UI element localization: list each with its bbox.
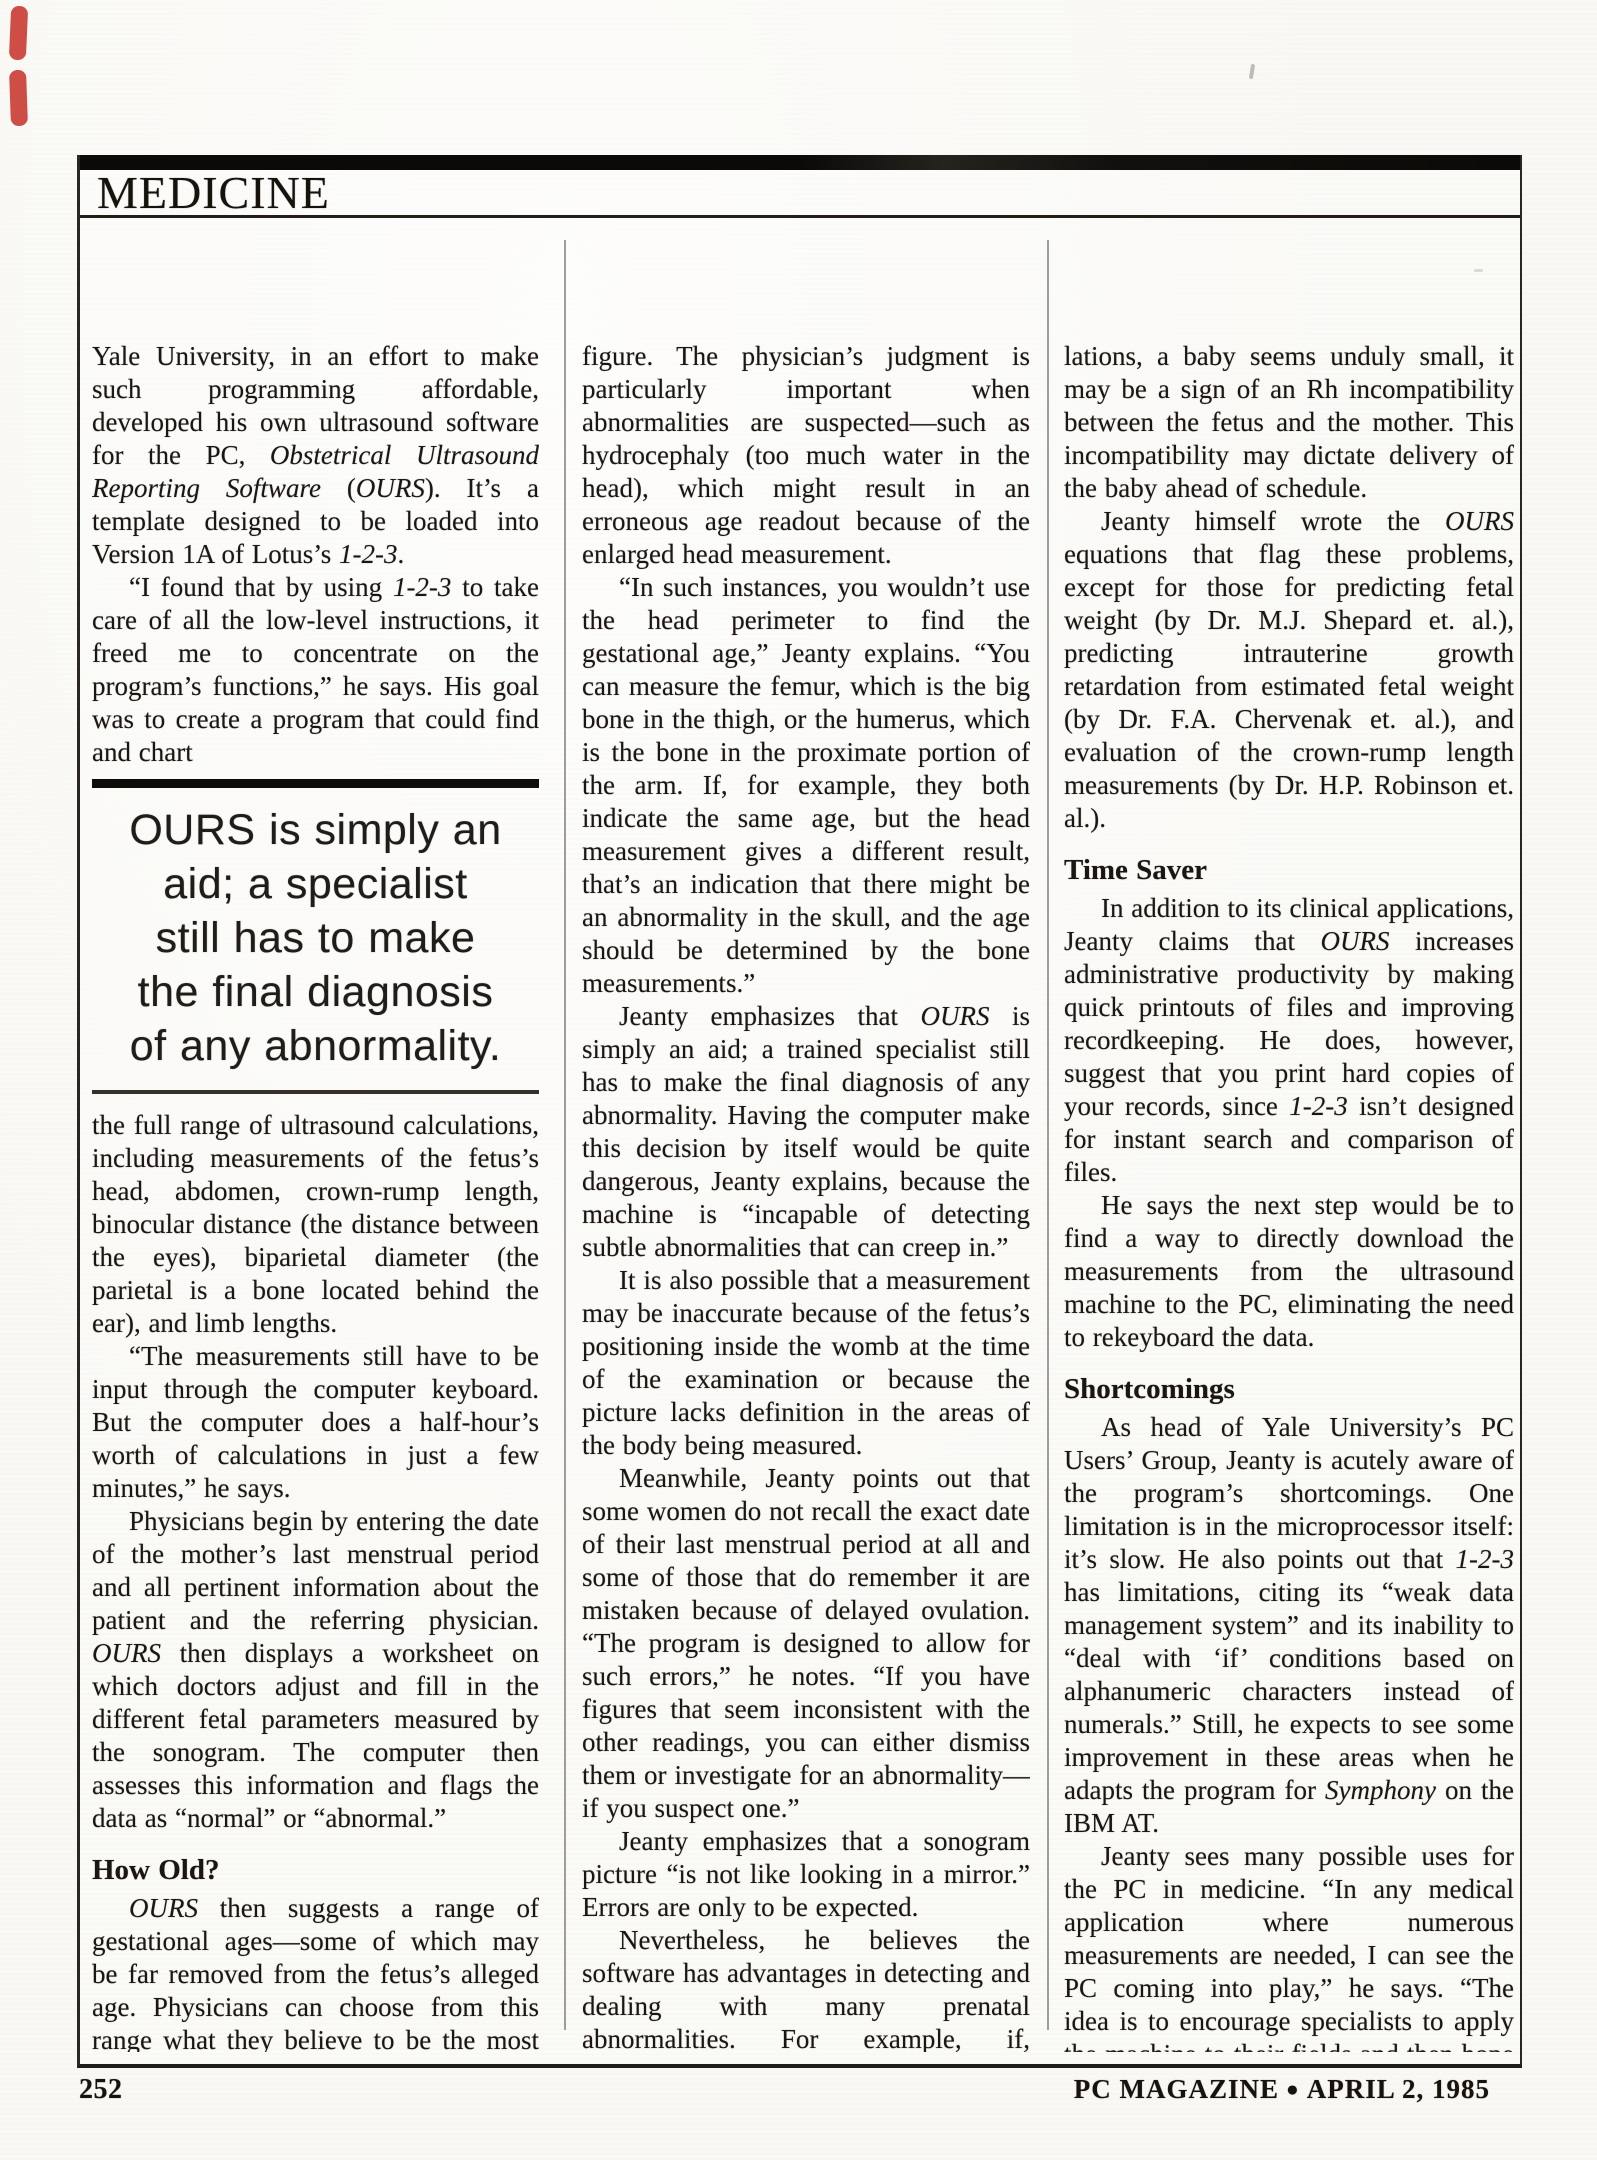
body-text: Nevertheless, he believes the software h… xyxy=(582,1925,1030,2052)
italic-text: OURS xyxy=(920,1001,989,1031)
paragraph: Meanwhile, Jeanty points out that some w… xyxy=(582,1462,1030,1825)
italic-text: OURS xyxy=(1445,506,1514,536)
red-pen-mark xyxy=(9,70,28,127)
body-text: has limitations, citing its “weak data m… xyxy=(1064,1577,1514,1805)
italic-text: OURS xyxy=(129,1893,198,1923)
italic-text: OURS xyxy=(356,473,425,503)
body-text: Jeanty emphasizes that xyxy=(619,1001,920,1031)
paragraph: Jeanty sees many possible uses for the P… xyxy=(1064,1840,1514,2052)
italic-text: 1-2-3 xyxy=(1289,1091,1347,1121)
italic-text: Symphony xyxy=(1325,1775,1436,1805)
italic-text: OURS xyxy=(92,1638,161,1668)
paragraph: figure. The physician’s judgment is part… xyxy=(582,340,1030,571)
body-text: “The measurements still have to be input… xyxy=(92,1341,539,1503)
column-rule xyxy=(564,240,566,2030)
body-text: . xyxy=(397,539,404,569)
body-text: ( xyxy=(321,473,356,503)
paragraph: As head of Yale University’s PC Users’ G… xyxy=(1064,1411,1514,1840)
article-column-left: Yale University, in an effort to make su… xyxy=(92,340,539,2052)
paragraph: He says the next step would be to find a… xyxy=(1064,1189,1514,1354)
page-number: 252 xyxy=(79,2074,123,2106)
section-heading: Shortcomings xyxy=(1064,1372,1514,1406)
footer-bullet-icon: ● xyxy=(1286,2077,1300,2101)
section-heading: How Old? xyxy=(92,1853,539,1887)
body-text: Physicians begin by entering the date of… xyxy=(92,1506,539,1635)
pull-quote: OURS is simply anaid; a specialiststill … xyxy=(92,779,539,1094)
paragraph: Nevertheless, he believes the software h… xyxy=(582,1924,1030,2052)
column-rule xyxy=(1047,240,1049,2030)
body-text: “I found that by using xyxy=(129,572,393,602)
body-text: As head of Yale University’s PC Users’ G… xyxy=(1064,1412,1514,1574)
body-text: figure. The physician’s judgment is part… xyxy=(582,341,1030,569)
section-label: MEDICINE xyxy=(97,170,330,216)
red-pen-mark xyxy=(9,6,28,61)
article-column-right: lations, a baby seems unduly small, it m… xyxy=(1064,340,1514,2052)
italic-text: OURS xyxy=(1321,926,1390,956)
paragraph: OURS then suggests a range of gestationa… xyxy=(92,1892,539,2052)
paragraph: It is also possible that a measurement m… xyxy=(582,1264,1030,1462)
italic-text: 1-2-3 xyxy=(1456,1544,1514,1574)
body-text: He says the next step would be to find a… xyxy=(1064,1190,1514,1352)
article-column-middle: figure. The physician’s judgment is part… xyxy=(582,340,1030,2052)
section-heading: Time Saver xyxy=(1064,853,1514,887)
article-body: Yale University, in an effort to make su… xyxy=(80,218,1520,2065)
paragraph: “The measurements still have to be input… xyxy=(92,1340,539,1505)
body-text: Jeanty emphasizes that a sonogram pictur… xyxy=(582,1826,1030,1922)
article-frame: MEDICINE Yale University, in an effort t… xyxy=(77,155,1522,2068)
body-text: “In such instances, you wouldn’t use the… xyxy=(582,572,1030,998)
pull-quote-line: still has to make xyxy=(94,911,537,965)
pull-quote-line: aid; a specialist xyxy=(94,857,537,911)
body-text: Jeanty himself wrote the xyxy=(1101,506,1445,536)
body-text: the full range of ultrasound calculation… xyxy=(92,1110,539,1338)
body-text: It is also possible that a measurement m… xyxy=(582,1265,1030,1460)
scan-speck xyxy=(1249,64,1255,79)
body-text: is simply an aid; a trained specialist s… xyxy=(582,1001,1030,1262)
italic-text: 1-2-3 xyxy=(339,539,397,569)
body-text: lations, a baby seems unduly small, it m… xyxy=(1064,341,1514,503)
pull-quote-line: OURS is simply an xyxy=(94,803,537,857)
paragraph: Jeanty emphasizes that a sonogram pictur… xyxy=(582,1825,1030,1924)
body-text: equations that flag these problems, exce… xyxy=(1064,539,1514,833)
paragraph: Yale University, in an effort to make su… xyxy=(92,340,539,571)
paragraph: “I found that by using 1-2-3 to take car… xyxy=(92,571,539,769)
paragraph: lations, a baby seems unduly small, it m… xyxy=(1064,340,1514,505)
pull-quote-line: the final diagnosis xyxy=(94,965,537,1019)
footer-magazine: PC MAGAZINE xyxy=(1074,2074,1279,2104)
paragraph: Jeanty emphasizes that OURS is simply an… xyxy=(582,1000,1030,1264)
paragraph: Physicians begin by entering the date of… xyxy=(92,1505,539,1835)
footer-magazine-line: PC MAGAZINE●APRIL 2, 1985 xyxy=(1074,2074,1490,2105)
paragraph: In addition to its clinical applications… xyxy=(1064,892,1514,1189)
section-header: MEDICINE xyxy=(80,170,1520,218)
paragraph: Jeanty himself wrote the OURS equations … xyxy=(1064,505,1514,835)
footer-date: APRIL 2, 1985 xyxy=(1307,2074,1490,2104)
paragraph: “In such instances, you wouldn’t use the… xyxy=(582,571,1030,1000)
magazine-page: MEDICINE Yale University, in an effort t… xyxy=(0,0,1597,2160)
pull-quote-line: of any abnormality. xyxy=(94,1019,537,1073)
body-text: Jeanty sees many possible uses for the P… xyxy=(1064,1841,1514,2052)
body-text: Meanwhile, Jeanty points out that some w… xyxy=(582,1463,1030,1823)
paragraph: the full range of ultrasound calculation… xyxy=(92,1109,539,1340)
italic-text: 1-2-3 xyxy=(393,572,451,602)
